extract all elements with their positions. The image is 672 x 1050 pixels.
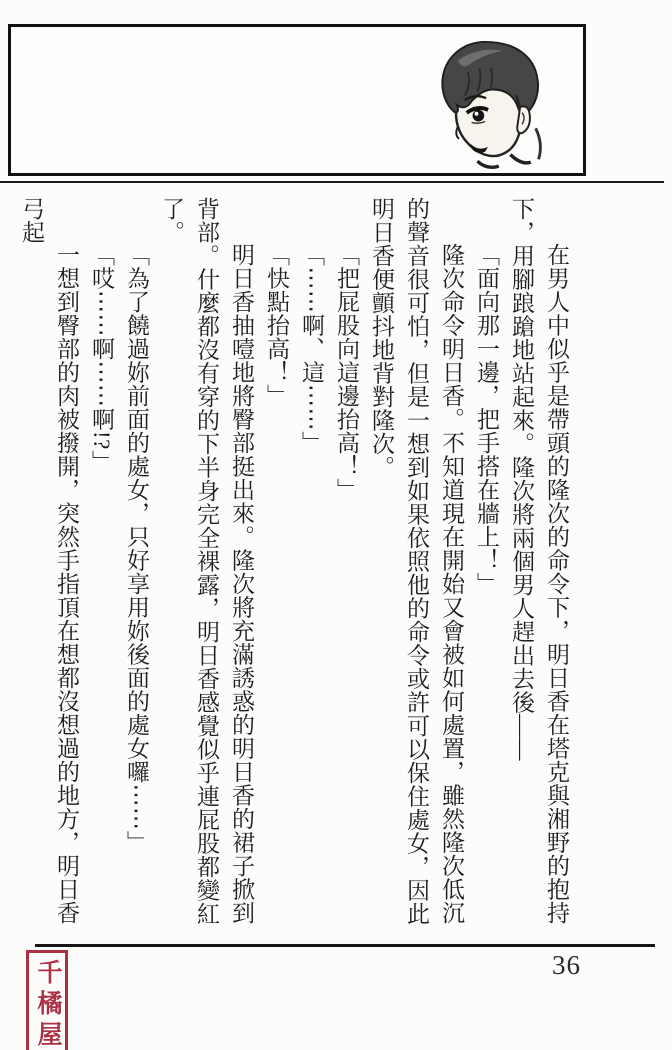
header-divider-line xyxy=(0,181,664,183)
novel-paragraph: 明日香抽噎地將臀部挺出來。隆次將充滿誘惑的明日香的裙子掀到背部。什麼都沒有穿的下… xyxy=(154,197,259,945)
anime-character-face-illustration xyxy=(427,39,555,171)
novel-paragraph: 在男人中似乎是帶頭的隆次的命令下，明日香在塔克與湘野的抱持下，用腳踉蹌地站起來。… xyxy=(504,197,574,945)
novel-dialogue: 「⋯⋯啊、這⋯⋯」 xyxy=(294,197,329,945)
novel-dialogue: 「快點抬高！」 xyxy=(259,197,294,945)
novel-dialogue: 「為了饒過妳前面的處女，只好享用妳後面的處女囉⋯⋯」 xyxy=(119,197,154,945)
novel-paragraph: 一想到臀部的肉被撥開，突然手指頂在想都沒想過的地方，明日香弓起 xyxy=(14,197,84,945)
page-number: 36 xyxy=(552,950,581,981)
chapter-header-box xyxy=(8,24,586,176)
novel-dialogue: 「面向那一邊，把手搭在牆上！」 xyxy=(469,197,504,945)
novel-dialogue: 「哎⋯⋯啊⋯⋯啊!?」 xyxy=(84,197,119,945)
novel-dialogue: 「把屁股向這邊抬高！」 xyxy=(329,197,364,945)
publisher-seal-text: 千橘屋 xyxy=(29,959,65,1050)
novel-page: 在男人中似乎是帶頭的隆次的命令下，明日香在塔克與湘野的抱持下，用腳踉蹌地站起來。… xyxy=(0,0,672,1050)
footer-rule-line xyxy=(35,944,655,947)
publisher-seal-stamp: 千橘屋 xyxy=(26,950,68,1050)
novel-text-block: 在男人中似乎是帶頭的隆次的命令下，明日香在塔克與湘野的抱持下，用腳踉蹌地站起來。… xyxy=(69,197,574,945)
novel-paragraph: 隆次命令明日香。不知道現在開始又會被如何處置，雖然隆次低沉的聲音很可怕，但是一想… xyxy=(364,197,469,945)
